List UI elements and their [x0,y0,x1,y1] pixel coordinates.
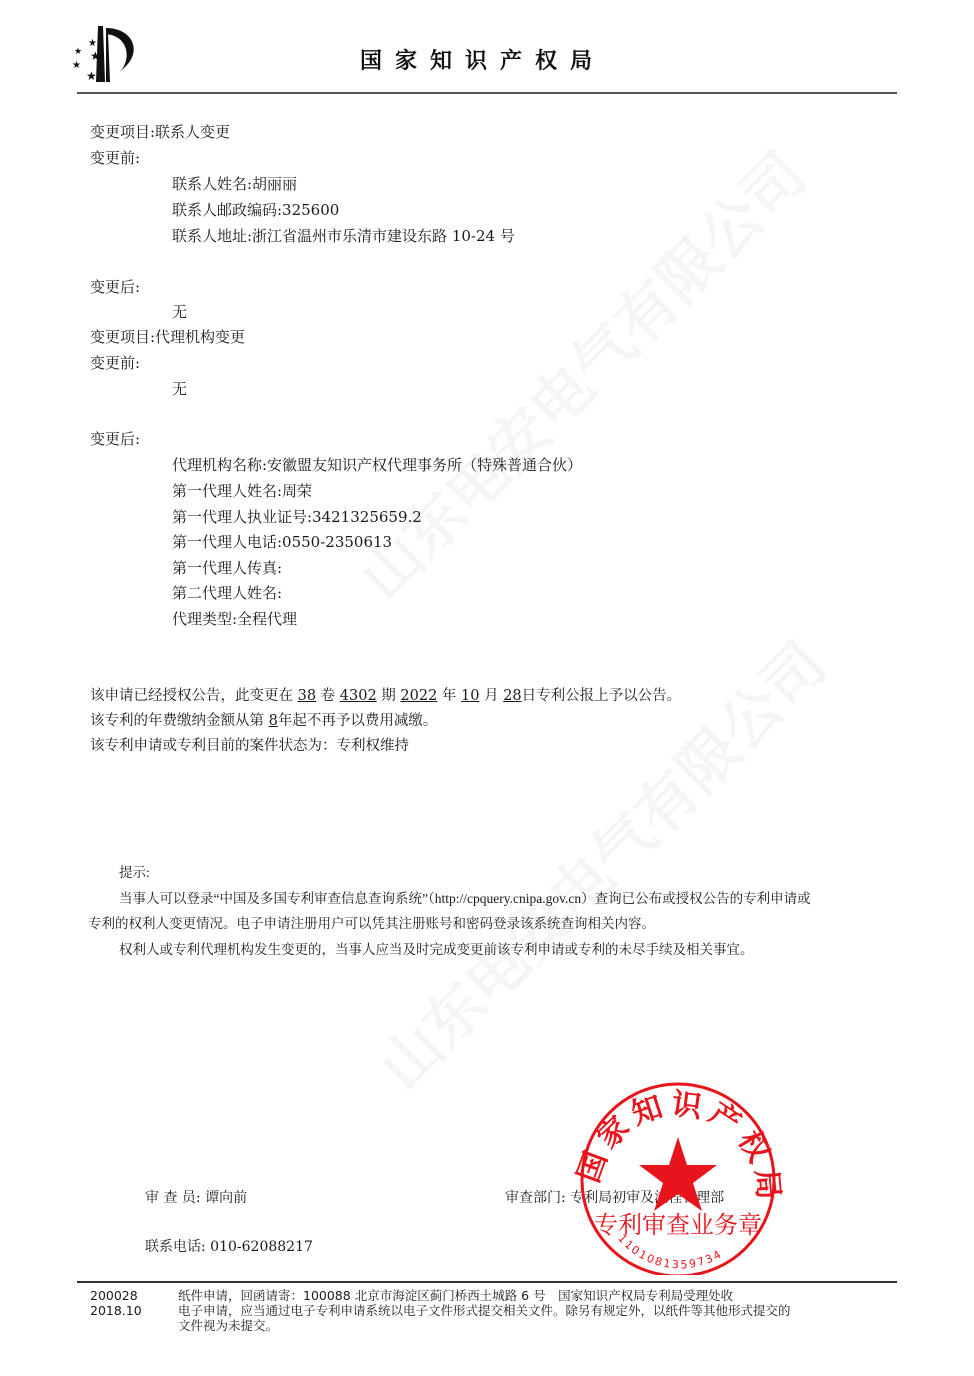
after-value: 无 [172,302,187,322]
svg-text:★: ★ [90,49,101,63]
first-agent-name: 第一代理人姓名:周荣 [172,481,312,501]
cnipa-logo-icon: ★ ★ ★ ★ ★ [70,24,150,84]
contact-postcode: 联系人邮政编码:325600 [172,200,339,220]
text: 卷 [321,688,336,704]
phone-number: 010-62088217 [210,1239,313,1255]
agency-name: 代理机构名称:安徽盟友知识产权代理事务所（特殊普通合伙） [172,455,582,475]
first-agent-license: 第一代理人执业证号:3421325659.2 [172,507,422,527]
examiner-name: 谭向前 [205,1190,247,1206]
footer-electronic-submission-cont: 文件视为未提交。 [178,1318,278,1333]
svg-text:★: ★ [88,38,97,49]
svg-text:★: ★ [74,47,82,57]
announcement-gazette: 该申请已经授权公告，此变更在 38 卷 4302 期 2022 年 10 月 2… [90,686,681,706]
text: 期 [381,688,396,704]
watermark-text: 山东电安电气有限公司 [337,130,822,615]
contact-address: 联系人地址:浙江省温州市乐清市建设东路 10-24 号 [172,226,515,246]
fee-year: 8 [269,713,278,729]
after-label: 变更后: [90,429,140,449]
text: 该专利的年费缴纳金额从第 [90,713,264,729]
text: 年 [442,688,457,704]
announcement-fee: 该专利的年费缴纳金额从第 8年起不再予以费用减缴。 [90,711,437,731]
official-seal: 国家知识产权局 专利审查业务章 1101081359734 [570,1075,785,1275]
month: 10 [461,688,479,704]
day: 28 [503,688,521,704]
form-version: 2018.10 [90,1303,142,1318]
svg-text:★: ★ [72,60,81,71]
text: 日专利公报上予以公告。 [522,688,682,704]
before-label: 变更前: [90,353,140,373]
contact-phone: 联系电话: 010-62088217 [145,1236,313,1256]
before-value: 无 [172,379,187,399]
first-agent-phone: 第一代理人电话:0550-2350613 [172,532,392,552]
announcement-status: 该专利申请或专利目前的案件状态为：专利权维持 [90,736,409,756]
examiner: 审 查 员: 谭向前 [145,1187,247,1207]
phone-label: 联系电话: [145,1239,206,1255]
issue-number: 4302 [340,688,377,704]
second-agent-name: 第二代理人姓名: [172,583,282,603]
before-label: 变更前: [90,148,140,168]
year: 2022 [400,688,437,704]
form-code: 200028 [90,1288,138,1303]
footer-divider [77,1281,897,1283]
after-label: 变更后: [90,277,140,297]
tips-line: 当事人可以登录“中国及多国专利审查信息查询系统”（http://cpquery.… [119,889,811,909]
change-item-label: 变更项目:代理机构变更 [90,327,245,347]
footer-paper-submission: 纸件申请，回函请寄：100088 北京市海淀区蓟门桥西土城路 6 号 国家知识产… [178,1288,733,1303]
department-label: 审查部门: [505,1190,566,1206]
tips-line: 专利的权利人变更情况。电子申请注册用户可以凭其注册账号和密码登录该系统查询相关内… [88,914,655,934]
text: 该申请已经授权公告，此变更在 [90,688,293,704]
first-agent-fax: 第一代理人传真: [172,558,282,578]
tips-line: 权利人或专利代理机构发生变更的，当事人应当及时完成变更前该专利申请或专利的未尽手… [119,940,754,960]
agency-type: 代理类型:全程代理 [172,609,297,629]
change-item-label: 变更项目:联系人变更 [90,122,230,142]
agency-title: 国家知识产权局 [360,44,605,75]
contact-name: 联系人姓名:胡丽丽 [172,174,297,194]
examiner-label: 审 查 员: [145,1190,201,1206]
header-divider [77,92,897,94]
text: 年起不再予以费用减缴。 [278,713,438,729]
seal-center-text: 专利审查业务章 [594,1211,762,1239]
text: 月 [484,688,499,704]
svg-text:★: ★ [86,69,97,83]
volume-number: 38 [298,688,316,704]
tips-label: 提示: [119,863,150,883]
footer-electronic-submission: 电子申请，应当通过电子专利申请系统以电子文件形式提交相关文件。除另有规定外，以纸… [178,1303,791,1318]
